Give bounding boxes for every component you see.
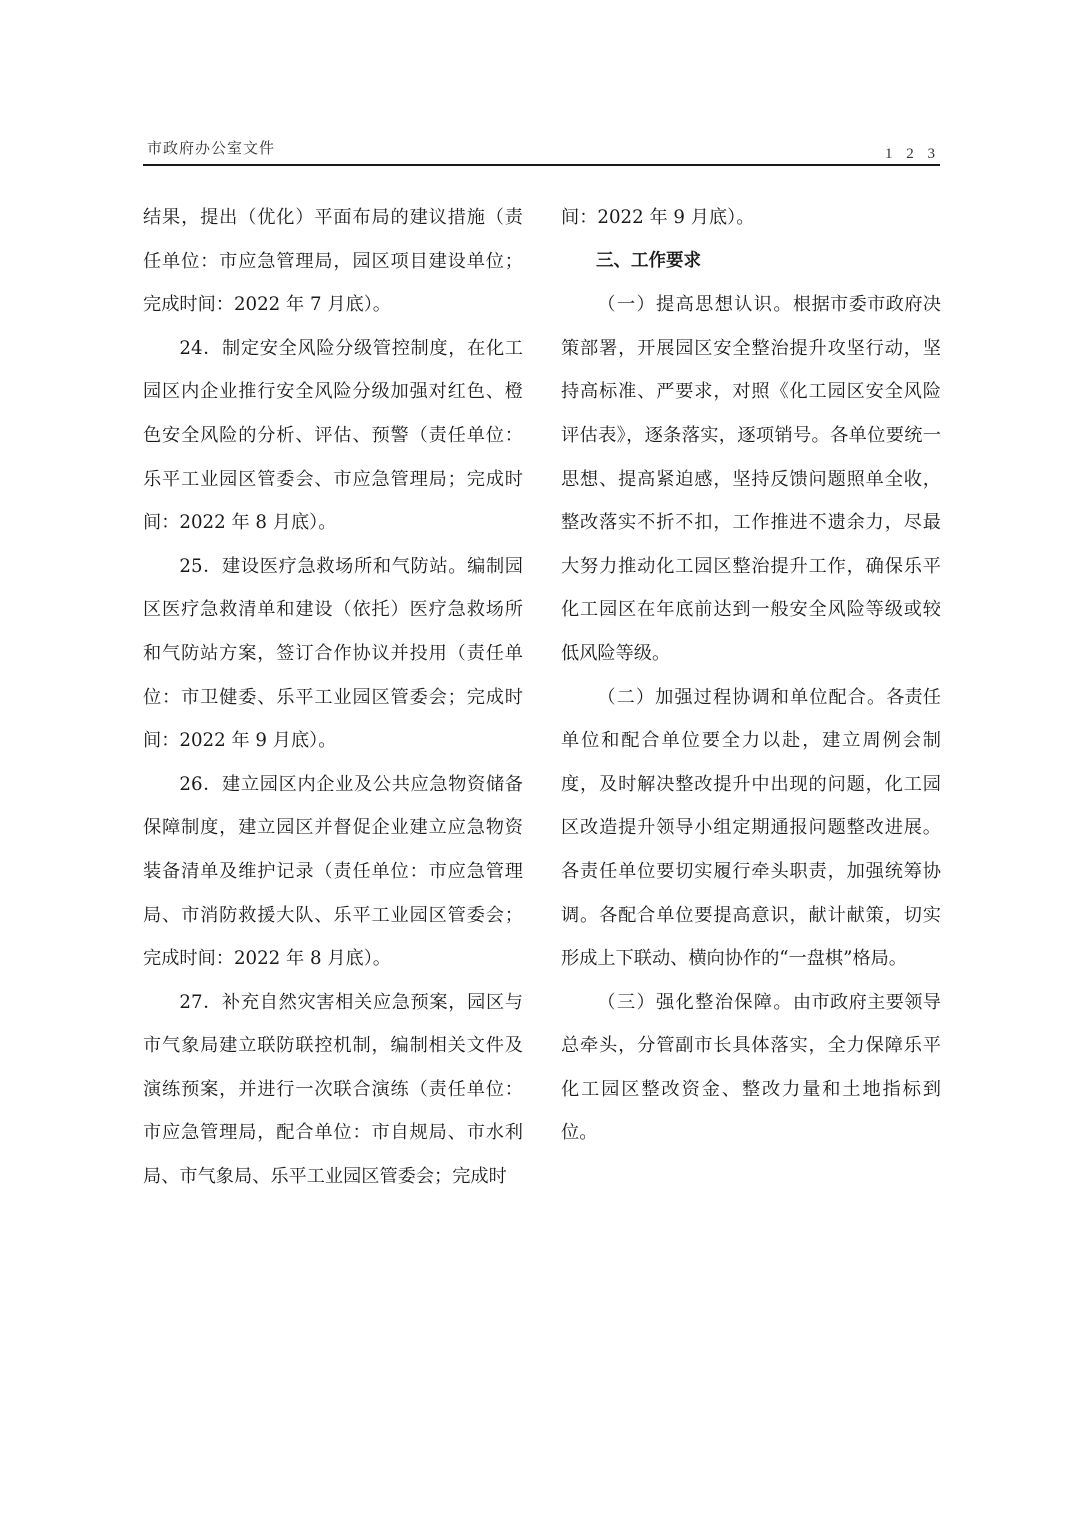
- document-header-title: 市政府办公室文件: [147, 137, 275, 158]
- requirement-2-body: 各责任单位和配合单位要全力以赴，建立周例会制度，及时解决整改提升中出现的问题，化…: [561, 687, 941, 970]
- requirement-2: （二）加强过程协调和单位配合。各责任单位和配合单位要全力以赴，建立周例会制度，及…: [561, 676, 941, 981]
- section-heading: 三、工作要求: [561, 240, 941, 284]
- requirement-3: （三）强化整治保障。由市政府主要领导总牵头，分管副市长具体落实，全力保障乐平化工…: [561, 981, 941, 1155]
- paragraph-item-25: 25．建设医疗急救场所和气防站。编制园区医疗急救清单和建设（依托）医疗急救场所和…: [143, 545, 523, 763]
- paragraph-item-24: 24．制定安全风险分级管控制度，在化工园区内企业推行安全风险分级加强对红色、橙色…: [143, 327, 523, 545]
- paragraph-item-26: 26．建立园区内企业及公共应急物资储备保障制度，建立园区并督促企业建立应急物资装…: [143, 763, 523, 981]
- requirement-1: （一）提高思想认识。根据市委市政府决策部署，开展园区安全整治提升攻坚行动，坚持高…: [561, 283, 941, 675]
- requirement-1-title: （一）提高思想认识。: [597, 294, 793, 315]
- page-header: 市政府办公室文件 1 2 3: [143, 134, 940, 166]
- requirement-1-body: 根据市委市政府决策部署，开展园区安全整治提升攻坚行动，坚持高标准、严要求，对照《…: [561, 294, 941, 664]
- page-number: 1 2 3: [885, 146, 940, 163]
- requirement-3-body: 由市政府主要领导总牵头，分管副市长具体落实，全力保障乐平化工园区整改资金、整改力…: [561, 992, 941, 1144]
- paragraph-continuation: 间：2022 年 9 月底）。: [561, 196, 941, 240]
- left-column: 结果，提出（优化）平面布局的建议措施（责任单位：市应急管理局，园区项目建设单位；…: [143, 196, 523, 1199]
- paragraph-continuation: 结果，提出（优化）平面布局的建议措施（责任单位：市应急管理局，园区项目建设单位；…: [143, 196, 523, 327]
- paragraph-item-27: 27．补充自然灾害相关应急预案，园区与市气象局建立联防联控机制，编制相关文件及演…: [143, 981, 523, 1199]
- right-column: 间：2022 年 9 月底）。 三、工作要求 （一）提高思想认识。根据市委市政府…: [561, 196, 941, 1155]
- requirement-2-title: （二）加强过程协调和单位配合。: [597, 687, 886, 708]
- requirement-3-title: （三）强化整治保障。: [597, 992, 793, 1013]
